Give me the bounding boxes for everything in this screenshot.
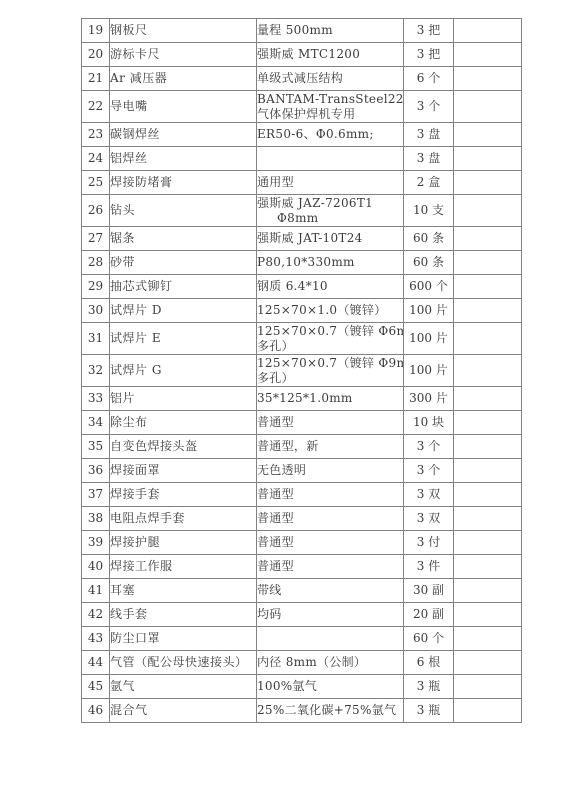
table-row: 45氩气100%氩气3 瓶 bbox=[82, 675, 522, 699]
remark-cell bbox=[454, 299, 522, 323]
remark-cell bbox=[454, 195, 522, 227]
remark-cell bbox=[454, 67, 522, 91]
spec-line: 钢质 6.4*10 bbox=[257, 279, 403, 294]
spec-line: 35*125*1.0mm bbox=[257, 391, 403, 406]
row-number-cell: 34 bbox=[82, 411, 110, 435]
row-number-cell: 43 bbox=[82, 627, 110, 651]
spec-line: 强斯威 JAZ-7206T1 bbox=[257, 196, 403, 211]
row-number-cell: 37 bbox=[82, 483, 110, 507]
spec-cell: 普通型 bbox=[257, 483, 404, 507]
item-name-cell: 碳钢焊丝 bbox=[110, 123, 257, 147]
item-name-cell: 耳塞 bbox=[110, 579, 257, 603]
item-name-cell: 钻头 bbox=[110, 195, 257, 227]
spec-line: 125×70×1.0（镀锌） bbox=[257, 303, 403, 318]
item-name-cell: 除尘布 bbox=[110, 411, 257, 435]
item-name-cell: 导电嘴 bbox=[110, 91, 257, 123]
spec-line: 强斯威 JAT-10T24 bbox=[257, 231, 403, 246]
spec-cell: 普通型 bbox=[257, 531, 404, 555]
spec-cell: 25%二氧化碳+75%氩气 bbox=[257, 699, 404, 723]
table-row: 20游标卡尺强斯威 MTC12003 把 bbox=[82, 43, 522, 67]
quantity-cell: 3 个 bbox=[404, 459, 454, 483]
spec-line: 无色透明 bbox=[257, 463, 403, 478]
remark-cell bbox=[454, 651, 522, 675]
quantity-cell: 3 盘 bbox=[404, 123, 454, 147]
table-row: 31试焊片 E125×70×0.7（镀锌 Φ6mm多孔）100 片 bbox=[82, 323, 522, 355]
remark-cell bbox=[454, 171, 522, 195]
spec-line: 普通型 bbox=[257, 535, 403, 550]
row-number-cell: 38 bbox=[82, 507, 110, 531]
item-name-cell: 试焊片 D bbox=[110, 299, 257, 323]
spec-line: 125×70×0.7（镀锌 Φ9mm bbox=[257, 356, 403, 371]
spec-line: 100%氩气 bbox=[257, 679, 403, 694]
quantity-cell: 3 付 bbox=[404, 531, 454, 555]
table-row: 26钻头强斯威 JAZ-7206T1Φ8mm10 支 bbox=[82, 195, 522, 227]
item-name-cell: 混合气 bbox=[110, 699, 257, 723]
spec-line: 带线 bbox=[257, 583, 403, 598]
quantity-cell: 3 瓶 bbox=[404, 699, 454, 723]
quantity-cell: 300 片 bbox=[404, 387, 454, 411]
spec-cell: ER50-6、Φ0.6mm; bbox=[257, 123, 404, 147]
item-name-cell: 焊接面罩 bbox=[110, 459, 257, 483]
spec-line: 单级式减压结构 bbox=[257, 71, 403, 86]
spec-cell: 普通型 bbox=[257, 507, 404, 531]
spec-line: ER50-6、Φ0.6mm; bbox=[257, 127, 403, 142]
quantity-cell: 3 个 bbox=[404, 435, 454, 459]
table-row: 23碳钢焊丝ER50-6、Φ0.6mm;3 盘 bbox=[82, 123, 522, 147]
table-row: 39焊接护腿普通型3 付 bbox=[82, 531, 522, 555]
row-number-cell: 40 bbox=[82, 555, 110, 579]
table-row: 27锯条强斯威 JAT-10T2460 条 bbox=[82, 227, 522, 251]
document-page: 19钢板尺量程 500mm3 把20游标卡尺强斯威 MTC12003 把21Ar… bbox=[0, 0, 582, 810]
spec-cell: P80,10*330mm bbox=[257, 251, 404, 275]
spec-cell bbox=[257, 147, 404, 171]
remark-cell bbox=[454, 275, 522, 299]
remark-cell bbox=[454, 251, 522, 275]
spec-cell: 普通型 bbox=[257, 411, 404, 435]
spec-line: P80,10*330mm bbox=[257, 255, 403, 270]
row-number-cell: 29 bbox=[82, 275, 110, 299]
row-number-cell: 20 bbox=[82, 43, 110, 67]
row-number-cell: 35 bbox=[82, 435, 110, 459]
quantity-cell: 100 片 bbox=[404, 299, 454, 323]
spec-cell: 100%氩气 bbox=[257, 675, 404, 699]
remark-cell bbox=[454, 387, 522, 411]
spec-cell: 钢质 6.4*10 bbox=[257, 275, 404, 299]
spec-line: BANTAM-TransSteel2200 bbox=[257, 92, 403, 107]
row-number-cell: 30 bbox=[82, 299, 110, 323]
item-name-cell: 试焊片 G bbox=[110, 355, 257, 387]
item-name-cell: 砂带 bbox=[110, 251, 257, 275]
remark-cell bbox=[454, 507, 522, 531]
row-number-cell: 27 bbox=[82, 227, 110, 251]
item-name-cell: 铝片 bbox=[110, 387, 257, 411]
quantity-cell: 30 副 bbox=[404, 579, 454, 603]
table-row: 32试焊片 G125×70×0.7（镀锌 Φ9mm多孔）100 片 bbox=[82, 355, 522, 387]
row-number-cell: 24 bbox=[82, 147, 110, 171]
table-row: 46混合气25%二氧化碳+75%氩气3 瓶 bbox=[82, 699, 522, 723]
item-name-cell: 焊接护腿 bbox=[110, 531, 257, 555]
remark-cell bbox=[454, 555, 522, 579]
quantity-cell: 10 块 bbox=[404, 411, 454, 435]
remark-cell bbox=[454, 435, 522, 459]
spec-cell: 35*125*1.0mm bbox=[257, 387, 404, 411]
item-name-cell: 自变色焊接头盔 bbox=[110, 435, 257, 459]
spec-line: 均码 bbox=[257, 607, 403, 622]
spec-line: 普通型 bbox=[257, 415, 403, 430]
row-number-cell: 25 bbox=[82, 171, 110, 195]
item-name-cell: 游标卡尺 bbox=[110, 43, 257, 67]
spec-line: 普通型 bbox=[257, 487, 403, 502]
quantity-cell: 60 条 bbox=[404, 251, 454, 275]
item-name-cell: 防尘口罩 bbox=[110, 627, 257, 651]
table-row: 33铝片35*125*1.0mm300 片 bbox=[82, 387, 522, 411]
item-name-cell: 钢板尺 bbox=[110, 19, 257, 43]
spec-cell: 强斯威 JAZ-7206T1Φ8mm bbox=[257, 195, 404, 227]
item-name-cell: 锯条 bbox=[110, 227, 257, 251]
spec-line: 普通型，新 bbox=[257, 439, 403, 454]
row-number-cell: 36 bbox=[82, 459, 110, 483]
spec-line: Φ8mm bbox=[257, 211, 403, 226]
spec-cell: 普通型，新 bbox=[257, 435, 404, 459]
remark-cell bbox=[454, 627, 522, 651]
spec-cell: 125×70×1.0（镀锌） bbox=[257, 299, 404, 323]
remark-cell bbox=[454, 531, 522, 555]
quantity-cell: 3 盘 bbox=[404, 147, 454, 171]
quantity-cell: 20 副 bbox=[404, 603, 454, 627]
remark-cell bbox=[454, 91, 522, 123]
remark-cell bbox=[454, 123, 522, 147]
table-row: 34除尘布普通型10 块 bbox=[82, 411, 522, 435]
row-number-cell: 21 bbox=[82, 67, 110, 91]
spec-cell: 内径 8mm（公制） bbox=[257, 651, 404, 675]
quantity-cell: 60 条 bbox=[404, 227, 454, 251]
quantity-cell: 10 支 bbox=[404, 195, 454, 227]
spec-cell: 通用型 bbox=[257, 171, 404, 195]
quantity-cell: 3 把 bbox=[404, 43, 454, 67]
spec-line: 量程 500mm bbox=[257, 23, 403, 38]
spec-cell: 均码 bbox=[257, 603, 404, 627]
quantity-cell: 6 根 bbox=[404, 651, 454, 675]
quantity-cell: 6 个 bbox=[404, 67, 454, 91]
table-row: 37焊接手套普通型3 双 bbox=[82, 483, 522, 507]
table-row: 41耳塞带线30 副 bbox=[82, 579, 522, 603]
table-row: 28砂带P80,10*330mm60 条 bbox=[82, 251, 522, 275]
row-number-cell: 19 bbox=[82, 19, 110, 43]
row-number-cell: 32 bbox=[82, 355, 110, 387]
item-name-cell: 线手套 bbox=[110, 603, 257, 627]
remark-cell bbox=[454, 483, 522, 507]
table-row: 42线手套均码20 副 bbox=[82, 603, 522, 627]
item-name-cell: 焊接手套 bbox=[110, 483, 257, 507]
spec-cell: 单级式减压结构 bbox=[257, 67, 404, 91]
quantity-cell: 3 件 bbox=[404, 555, 454, 579]
quantity-cell: 100 片 bbox=[404, 323, 454, 355]
spec-cell: 强斯威 MTC1200 bbox=[257, 43, 404, 67]
spec-line: 25%二氧化碳+75%氩气 bbox=[257, 703, 403, 718]
row-number-cell: 41 bbox=[82, 579, 110, 603]
item-name-cell: 抽芯式铆钉 bbox=[110, 275, 257, 299]
table-row: 25焊接防堵膏通用型2 盒 bbox=[82, 171, 522, 195]
spec-line: 内径 8mm（公制） bbox=[257, 655, 403, 670]
spec-cell bbox=[257, 627, 404, 651]
spec-line: 强斯威 MTC1200 bbox=[257, 47, 403, 62]
table-row: 24铝焊丝3 盘 bbox=[82, 147, 522, 171]
row-number-cell: 44 bbox=[82, 651, 110, 675]
quantity-cell: 3 个 bbox=[404, 91, 454, 123]
quantity-cell: 3 瓶 bbox=[404, 675, 454, 699]
remark-cell bbox=[454, 459, 522, 483]
spec-line: 多孔） bbox=[257, 339, 403, 354]
item-name-cell: 气管（配公母快速接头） bbox=[110, 651, 257, 675]
spec-line: 125×70×0.7（镀锌 Φ6mm bbox=[257, 324, 403, 339]
row-number-cell: 31 bbox=[82, 323, 110, 355]
row-number-cell: 23 bbox=[82, 123, 110, 147]
table-row: 19钢板尺量程 500mm3 把 bbox=[82, 19, 522, 43]
quantity-cell: 2 盒 bbox=[404, 171, 454, 195]
row-number-cell: 22 bbox=[82, 91, 110, 123]
spec-cell: 普通型 bbox=[257, 555, 404, 579]
quantity-cell: 100 片 bbox=[404, 355, 454, 387]
row-number-cell: 42 bbox=[82, 603, 110, 627]
remark-cell bbox=[454, 675, 522, 699]
table-row: 40焊接工作服普通型3 件 bbox=[82, 555, 522, 579]
spec-cell: 125×70×0.7（镀锌 Φ9mm多孔） bbox=[257, 355, 404, 387]
quantity-cell: 3 双 bbox=[404, 483, 454, 507]
remark-cell bbox=[454, 323, 522, 355]
remark-cell bbox=[454, 579, 522, 603]
supply-list-table: 19钢板尺量程 500mm3 把20游标卡尺强斯威 MTC12003 把21Ar… bbox=[81, 18, 522, 723]
remark-cell bbox=[454, 699, 522, 723]
spec-cell: 带线 bbox=[257, 579, 404, 603]
table-row: 29抽芯式铆钉钢质 6.4*10600 个 bbox=[82, 275, 522, 299]
spec-line: 气体保护焊机专用 bbox=[257, 107, 403, 122]
spec-cell: 量程 500mm bbox=[257, 19, 404, 43]
item-name-cell: 铝焊丝 bbox=[110, 147, 257, 171]
item-name-cell: 电阻点焊手套 bbox=[110, 507, 257, 531]
quantity-cell: 3 把 bbox=[404, 19, 454, 43]
table-row: 35自变色焊接头盔普通型，新3 个 bbox=[82, 435, 522, 459]
table-row: 21Ar 减压器单级式减压结构6 个 bbox=[82, 67, 522, 91]
table-row: 36焊接面罩无色透明3 个 bbox=[82, 459, 522, 483]
table-row: 22导电嘴BANTAM-TransSteel2200气体保护焊机专用3 个 bbox=[82, 91, 522, 123]
table-row: 30试焊片 D125×70×1.0（镀锌）100 片 bbox=[82, 299, 522, 323]
row-number-cell: 39 bbox=[82, 531, 110, 555]
row-number-cell: 46 bbox=[82, 699, 110, 723]
spec-cell: 无色透明 bbox=[257, 459, 404, 483]
quantity-cell: 600 个 bbox=[404, 275, 454, 299]
table-body: 19钢板尺量程 500mm3 把20游标卡尺强斯威 MTC12003 把21Ar… bbox=[82, 19, 522, 723]
row-number-cell: 28 bbox=[82, 251, 110, 275]
remark-cell bbox=[454, 43, 522, 67]
table-row: 43防尘口罩60 个 bbox=[82, 627, 522, 651]
spec-cell: 强斯威 JAT-10T24 bbox=[257, 227, 404, 251]
remark-cell bbox=[454, 411, 522, 435]
remark-cell bbox=[454, 355, 522, 387]
item-name-cell: 焊接防堵膏 bbox=[110, 171, 257, 195]
quantity-cell: 60 个 bbox=[404, 627, 454, 651]
table-row: 38电阻点焊手套普通型3 双 bbox=[82, 507, 522, 531]
spec-line: 多孔） bbox=[257, 371, 403, 386]
spec-line: 普通型 bbox=[257, 511, 403, 526]
spec-cell: BANTAM-TransSteel2200气体保护焊机专用 bbox=[257, 91, 404, 123]
spec-line: 通用型 bbox=[257, 175, 403, 190]
item-name-cell: Ar 减压器 bbox=[110, 67, 257, 91]
remark-cell bbox=[454, 19, 522, 43]
quantity-cell: 3 双 bbox=[404, 507, 454, 531]
spec-cell: 125×70×0.7（镀锌 Φ6mm多孔） bbox=[257, 323, 404, 355]
table-row: 44气管（配公母快速接头）内径 8mm（公制）6 根 bbox=[82, 651, 522, 675]
item-name-cell: 试焊片 E bbox=[110, 323, 257, 355]
remark-cell bbox=[454, 603, 522, 627]
spec-line: 普通型 bbox=[257, 559, 403, 574]
item-name-cell: 氩气 bbox=[110, 675, 257, 699]
remark-cell bbox=[454, 147, 522, 171]
remark-cell bbox=[454, 227, 522, 251]
item-name-cell: 焊接工作服 bbox=[110, 555, 257, 579]
row-number-cell: 33 bbox=[82, 387, 110, 411]
row-number-cell: 45 bbox=[82, 675, 110, 699]
row-number-cell: 26 bbox=[82, 195, 110, 227]
